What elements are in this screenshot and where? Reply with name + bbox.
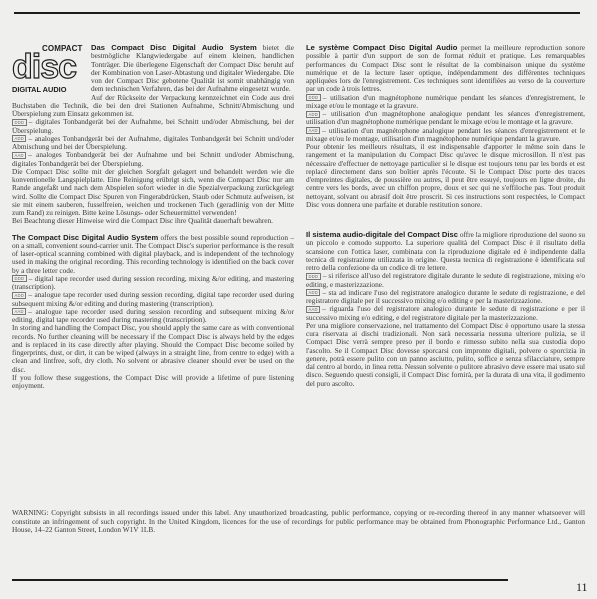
italian-intro: Il sistema audio-digitale del Compact Di… — [306, 231, 585, 272]
english-care: In storing and handling the Compact Disc… — [12, 324, 294, 374]
german-code-aad: AAD– analoges Tonbandgerät bei der Aufna… — [12, 151, 294, 168]
italian-code-aad: AAD– riguarda l'uso del registratore ana… — [306, 305, 585, 322]
french-care: Pour obtenir les meilleurs résultats, il… — [306, 143, 585, 209]
french-code-ddd: DDD– utilisation d'un magnétophone numér… — [306, 94, 585, 111]
page-number: 11 — [576, 580, 588, 595]
top-rule — [14, 12, 580, 14]
french-code-aad: AAD– utilisation d'un magnétophone analo… — [306, 127, 585, 144]
english-section: The Compact Disc Digital Audio System of… — [12, 234, 294, 391]
left-column: COMPACT disc DIGITAL AUDIO Das Compact D… — [12, 44, 294, 390]
english-code-add: ADD– analogue tape recorder used during … — [12, 291, 294, 308]
bottom-rule — [12, 579, 508, 581]
english-code-ddd: DDD– digital tape recorder used during s… — [12, 275, 294, 292]
german-code-intro: Auf der Rückseite der Verpackung kennzei… — [12, 94, 294, 119]
copyright-warning: WARNING: Copyright subsists in all recor… — [12, 509, 585, 534]
italian-code-ddd: DDD– si riferisce all'uso del registrato… — [306, 272, 585, 289]
french-section: Le système Compact Disc Digital Audio pe… — [306, 44, 585, 209]
german-closing: Bei Beachtung dieser Hinweise wird die C… — [12, 217, 294, 225]
german-care: Die Compact Disc sollte mit der gleichen… — [12, 168, 294, 218]
logo-digital-audio-text: DIGITAL AUDIO — [12, 86, 66, 94]
english-intro: The Compact Disc Digital Audio System of… — [12, 234, 294, 275]
right-column: Le système Compact Disc Digital Audio pe… — [306, 44, 585, 388]
english-closing: If you follow these suggestions, the Com… — [12, 374, 294, 391]
english-code-aad: AAD– analogue tape recorder used during … — [12, 308, 294, 325]
french-code-add: ADD– utilisation d'un magnétophone analo… — [306, 110, 585, 127]
german-code-add: ADD– analoges Tonbandgerät bei der Aufna… — [12, 135, 294, 152]
german-section: COMPACT disc DIGITAL AUDIO Das Compact D… — [12, 44, 294, 226]
compact-disc-logo: COMPACT disc DIGITAL AUDIO — [12, 44, 86, 96]
french-intro: Le système Compact Disc Digital Audio pe… — [306, 44, 585, 94]
logo-disc-text: disc — [12, 52, 76, 82]
italian-care: Per una migliore conservazione, nel trat… — [306, 322, 585, 388]
italian-code-add: ADD– sta ad indicare l'uso del registrat… — [306, 289, 585, 306]
german-code-ddd: DDD– digitales Tonbandgerät bei der Aufn… — [12, 118, 294, 135]
italian-section: Il sistema audio-digitale del Compact Di… — [306, 231, 585, 388]
